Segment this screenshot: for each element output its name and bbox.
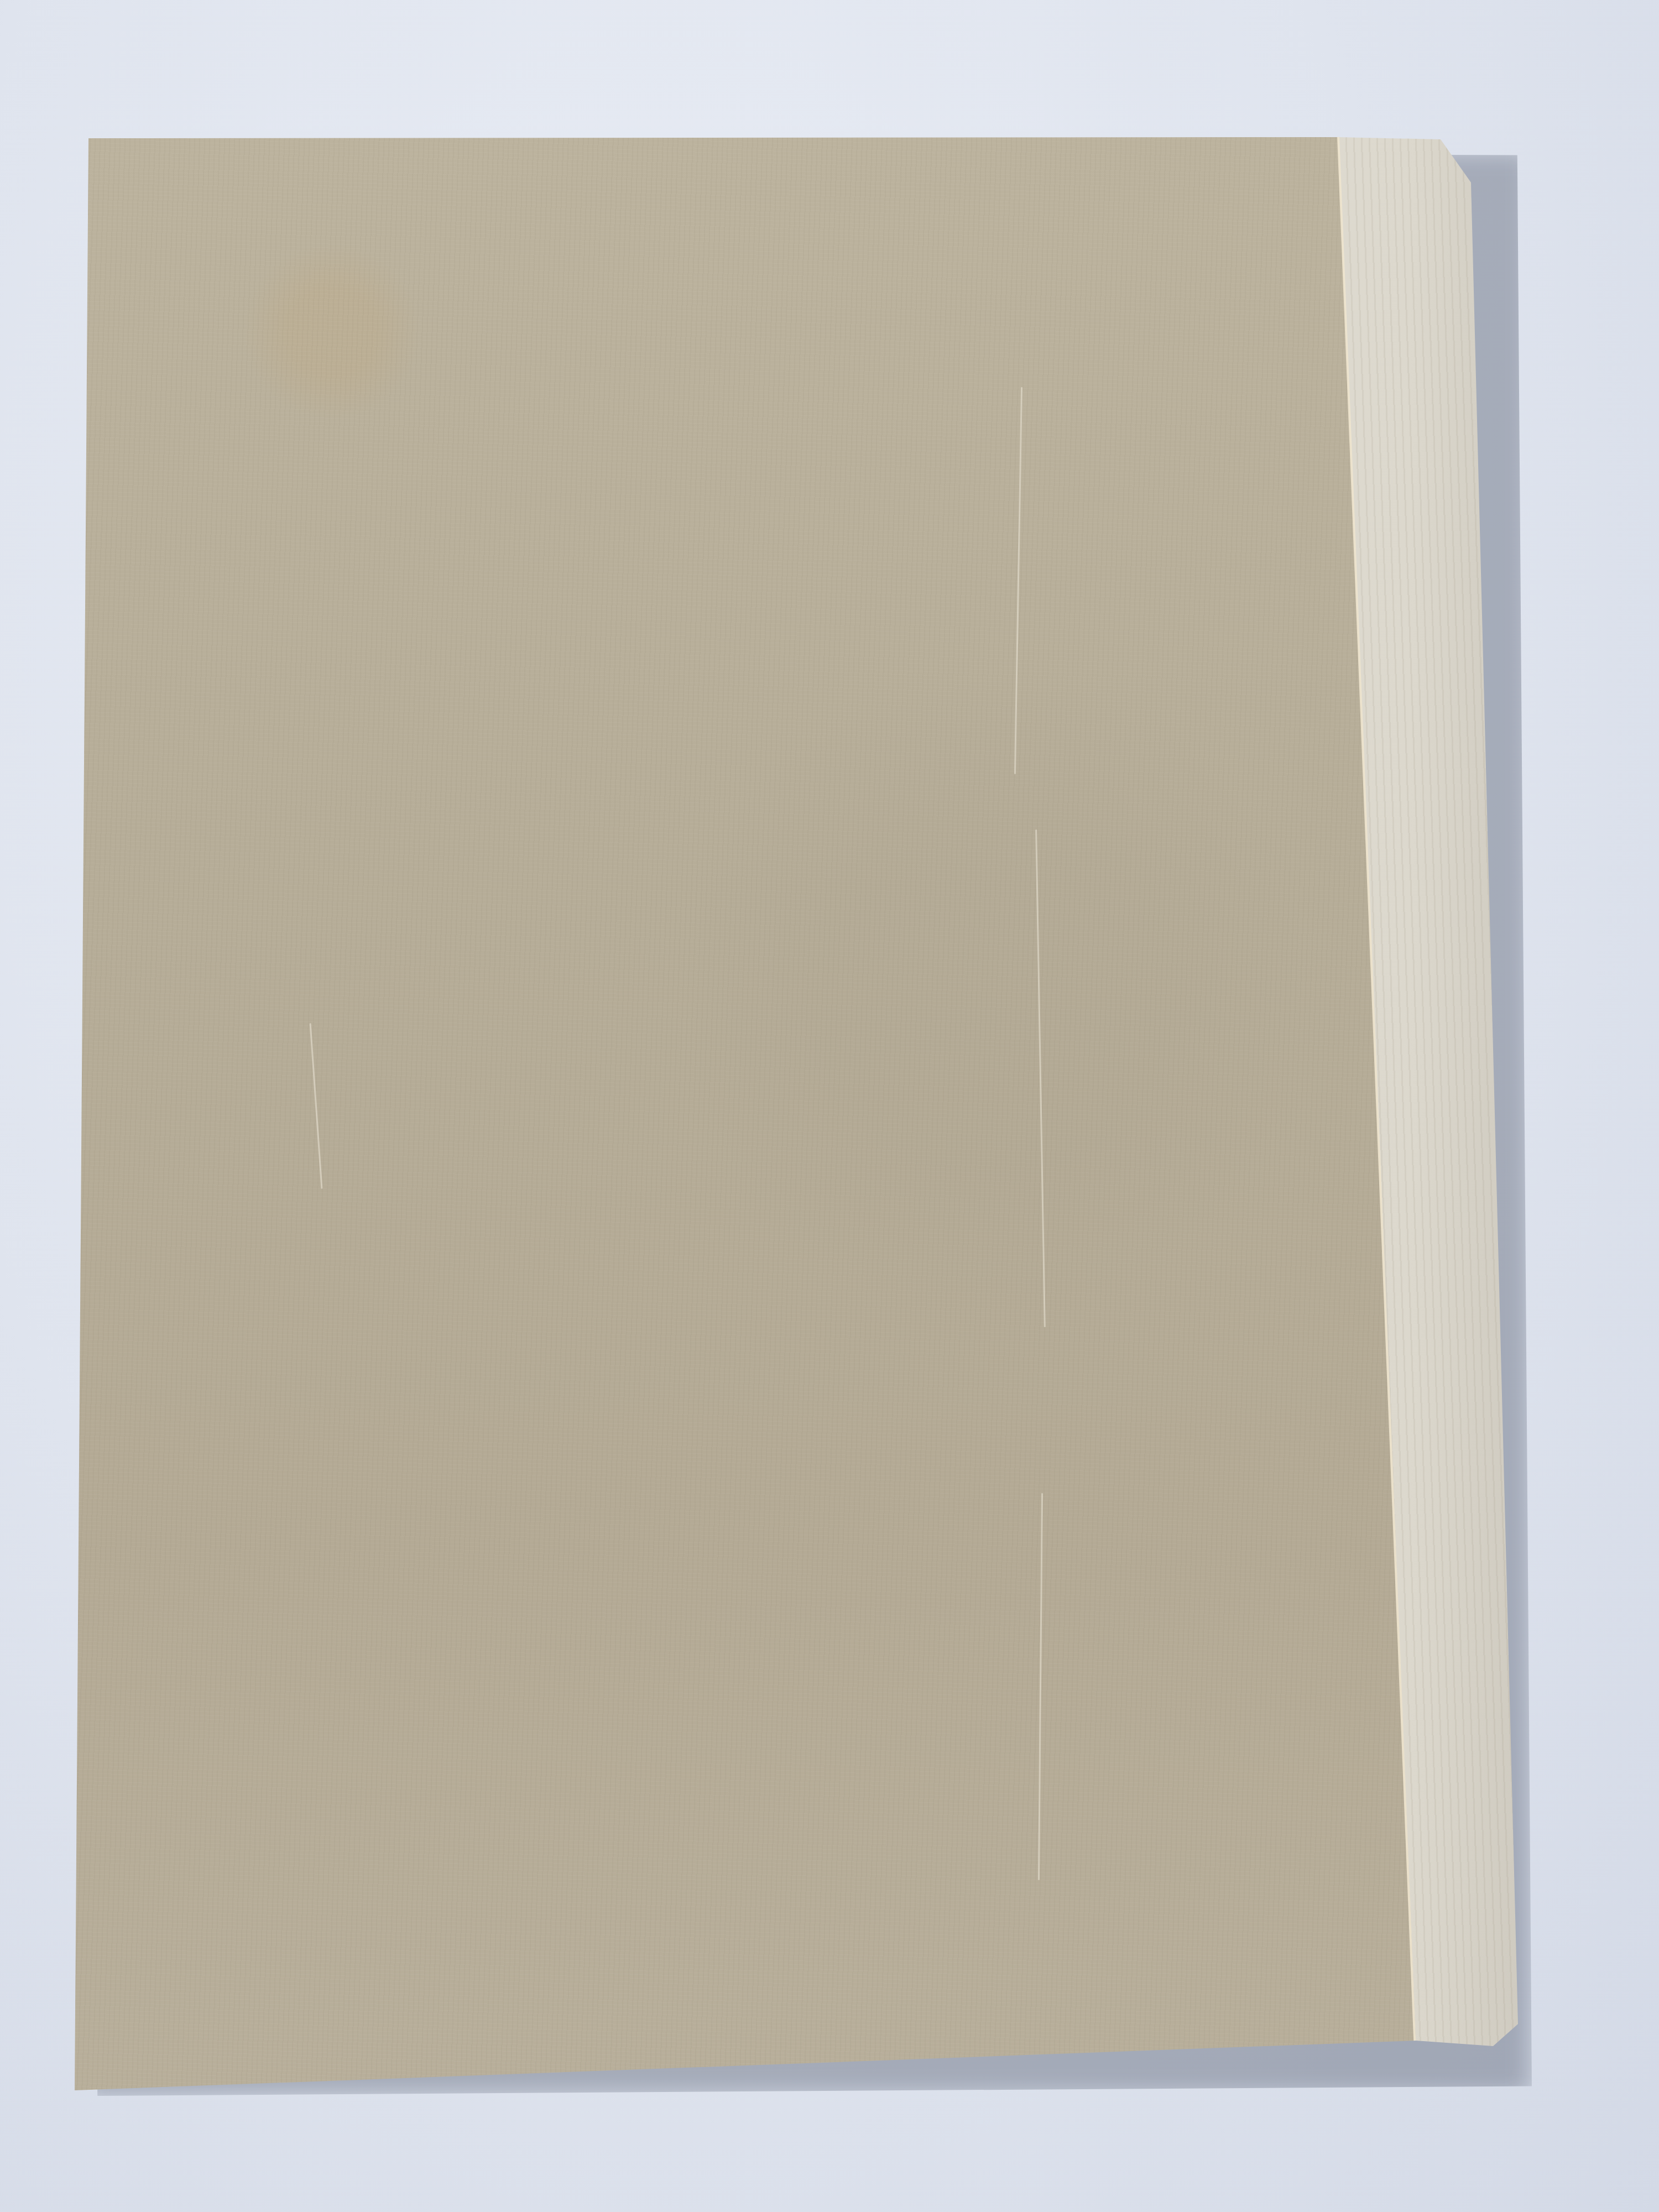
book — [0, 0, 1659, 2212]
